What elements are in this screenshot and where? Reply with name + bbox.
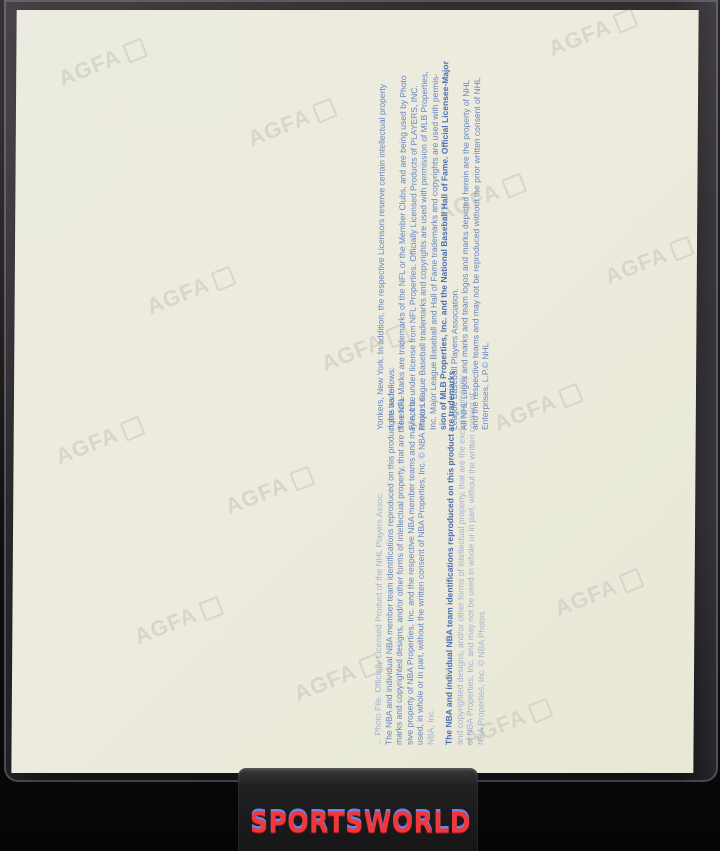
- photo-card-back: AGFA AGFA AGFA AGFA AGFA AGFA AGFA AGFA …: [11, 10, 698, 773]
- agfa-logo-icon: [613, 8, 639, 34]
- agfa-logo-icon: [289, 466, 315, 492]
- agfa-logo-icon: [120, 416, 146, 442]
- agfa-watermark: AGFA: [52, 412, 146, 470]
- agfa-watermark: AGFA: [490, 379, 584, 437]
- stand-brand-label: SPORTSWORLD: [250, 806, 466, 839]
- agfa-logo-icon: [528, 698, 554, 724]
- legal-text-nba-secondary: The NBA and individual NBA team identifi…: [444, 371, 489, 745]
- agfa-watermark: AGFA: [290, 649, 384, 707]
- agfa-logo-icon: [501, 173, 527, 199]
- agfa-logo-icon: [312, 98, 338, 124]
- agfa-watermark: AGFA: [545, 4, 639, 62]
- agfa-watermark: AGFA: [222, 462, 316, 520]
- display-stand: SPORTSWORLD: [238, 768, 478, 851]
- agfa-watermark: AGFA: [551, 564, 645, 622]
- agfa-watermark: AGFA: [244, 94, 338, 152]
- agfa-logo-icon: [122, 38, 148, 64]
- agfa-logo-icon: [211, 266, 237, 292]
- agfa-logo-icon: [669, 236, 695, 262]
- agfa-watermark: AGFA: [143, 262, 237, 320]
- agfa-watermark: AGFA: [55, 34, 149, 92]
- agfa-watermark: AGFA: [601, 232, 695, 290]
- agfa-logo-icon: [558, 383, 584, 409]
- agfa-logo-icon: [619, 568, 645, 594]
- agfa-logo-icon: [198, 596, 224, 622]
- legal-text-nba-nhlpa: ... Photo File. Officially Licensed Prod…: [373, 386, 439, 745]
- agfa-watermark: AGFA: [131, 592, 225, 650]
